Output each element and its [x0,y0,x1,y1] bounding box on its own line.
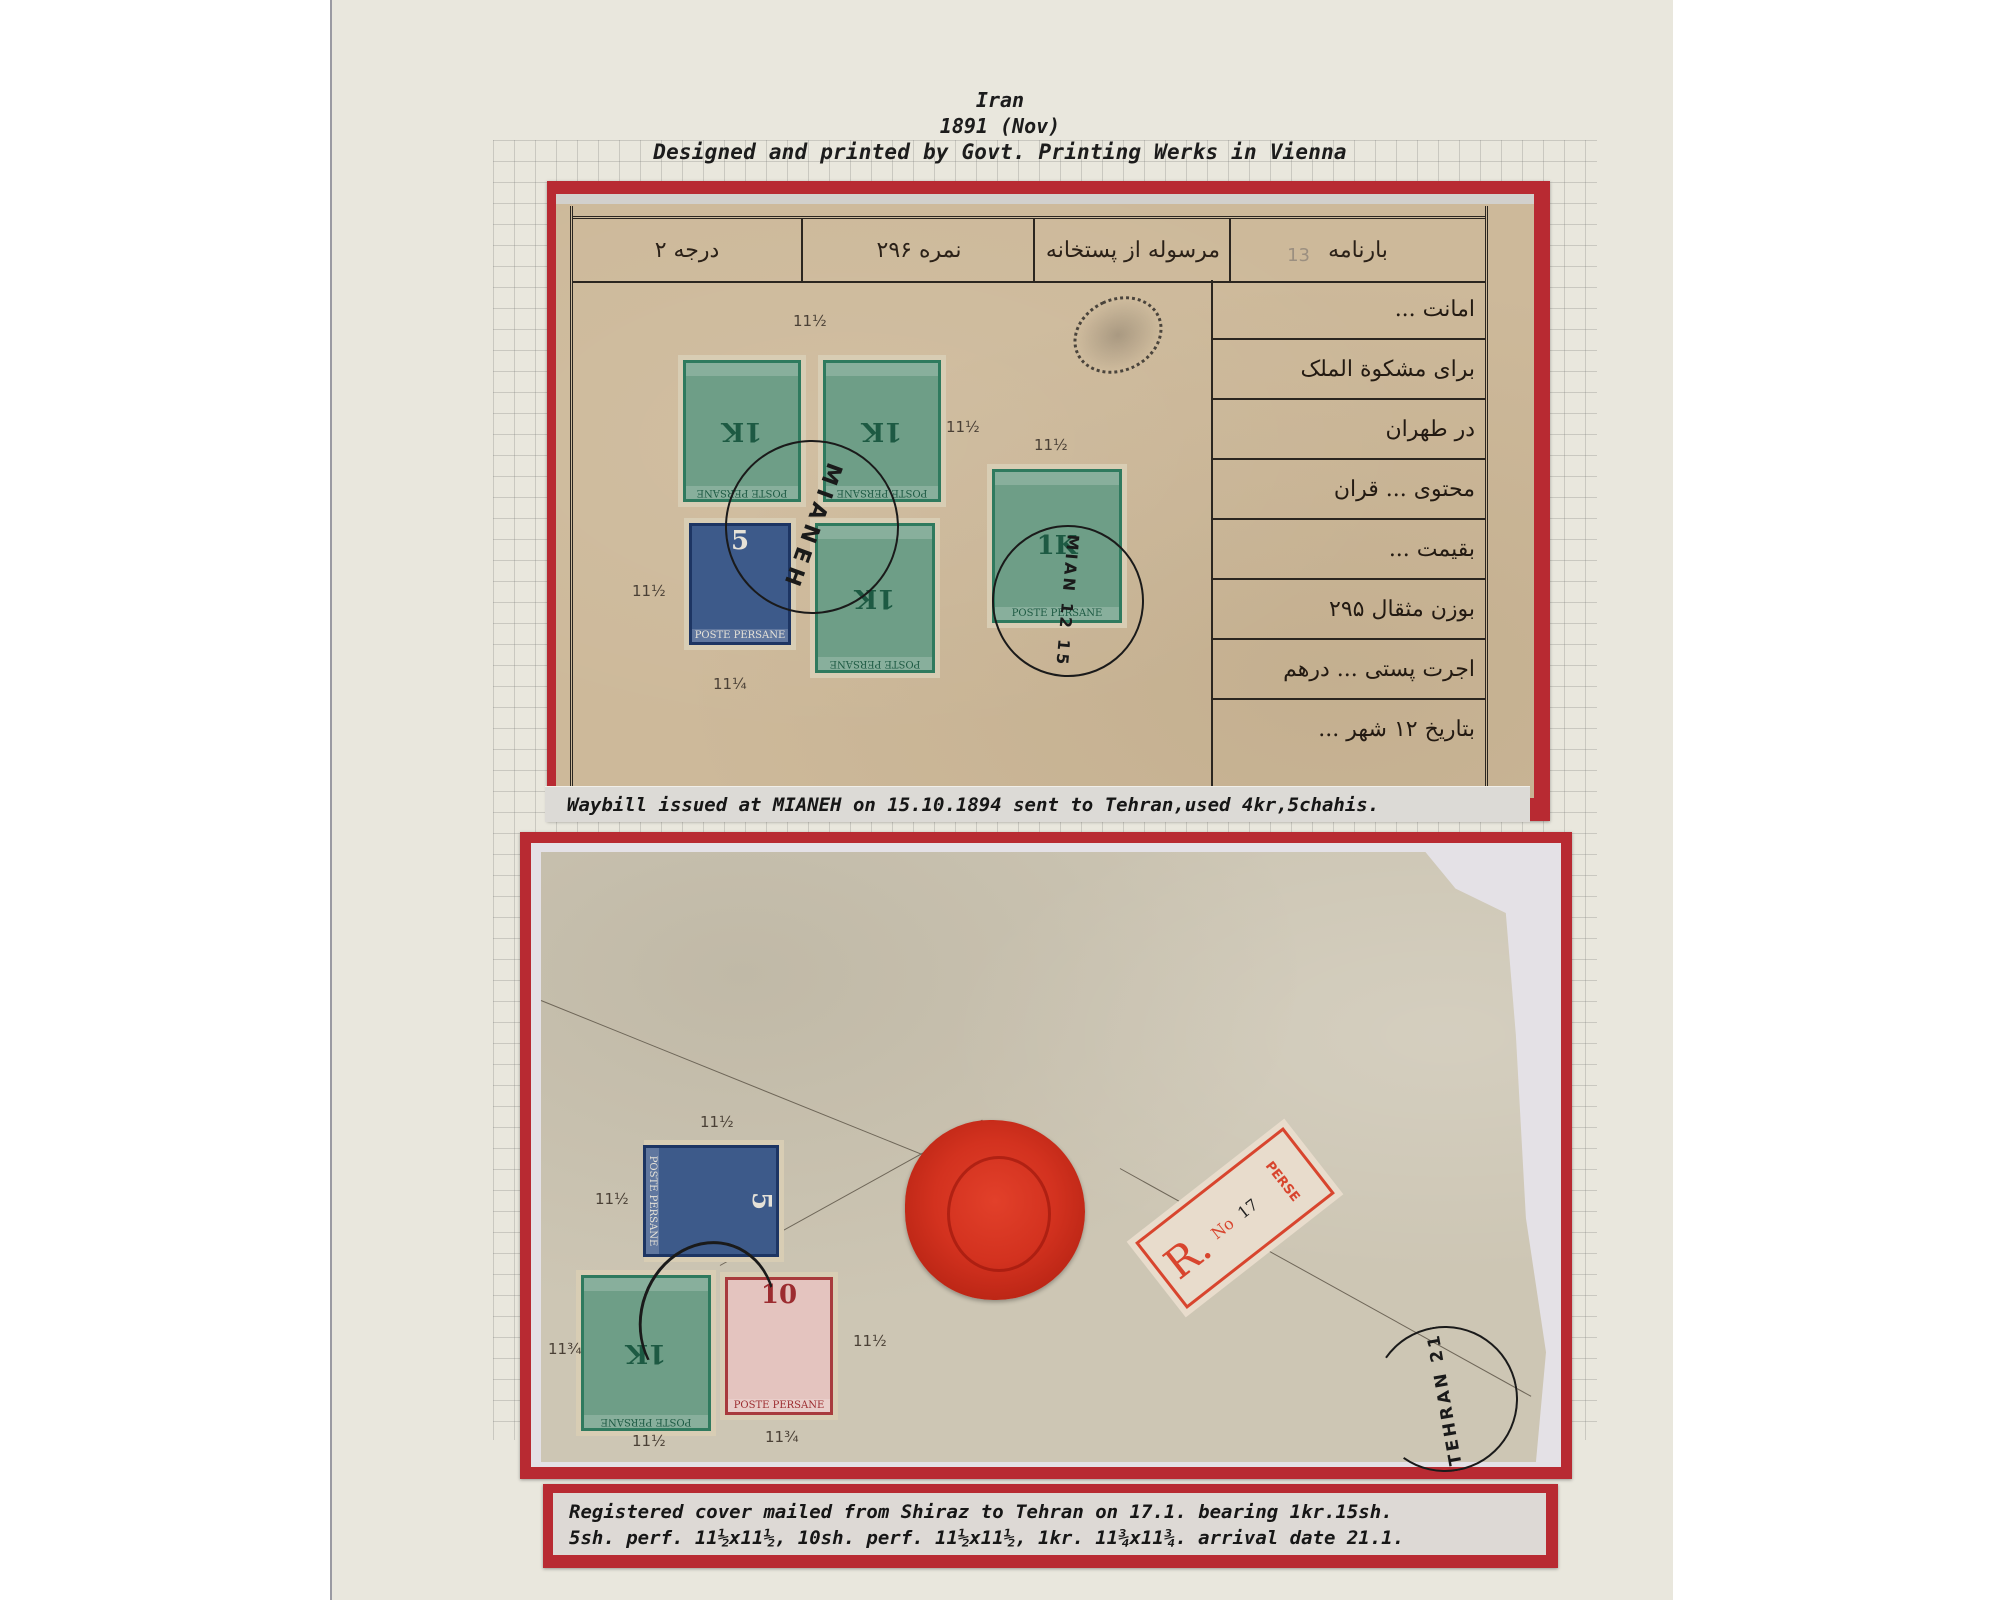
perf-note: 11½ [632,582,666,600]
page-title-country: Iran [0,88,2000,112]
registration-no-prefix: No [1207,1213,1237,1243]
cover-caption-line1: Registered cover mailed from Shiraz to T… [569,1499,1546,1525]
waybill-cell-class: درجه ۲ [573,219,801,281]
pencil-number: 13 [1287,245,1310,266]
waybill-cell-number: نمره ۲۹۶ [801,219,1035,281]
cover-caption-line2: 5sh. perf. 11½x11½, 10sh. perf. 11½x11½,… [569,1525,1546,1551]
waybill-row: امانت ... [1213,280,1485,340]
registration-country: PERSE [1261,1158,1302,1204]
perf-note: 11¾ [548,1340,582,1358]
perf-note: 11½ [1034,436,1068,454]
waybill-row: اجرت پستی ... درهم [1213,640,1485,700]
waybill-row: بتاریخ ۱۲ شهر ... [1213,700,1485,758]
page-title-printer: Designed and printed by Govt. Printing W… [0,140,2000,164]
cover-caption: Registered cover mailed from Shiraz to T… [553,1493,1546,1555]
waybill-row: بوزن مثقال ۲۹۵ [1213,580,1485,640]
perf-note: 11¼ [713,675,747,693]
registration-number: 17 [1234,1195,1262,1223]
waybill-header-row: درجه ۲ نمره ۲۹۶ مرسوله از پستخانه بارنام… [573,216,1485,283]
waybill-row: بقیمت ... [1213,520,1485,580]
perf-note: 11½ [700,1113,734,1131]
perf-note: 11½ [595,1190,629,1208]
perf-note: 11½ [632,1432,666,1450]
waybill-details-table: امانت ... برای مشکوة الملک در طهران محتو… [1211,280,1485,798]
waybill-row: محتوی ... قران [1213,460,1485,520]
perf-note: 11½ [946,418,980,436]
waybill-cell-origin: مرسوله از پستخانه [1033,219,1231,281]
page-title-issue: 1891 (Nov) [0,114,2000,138]
perf-note: 11½ [793,312,827,330]
perf-note: 11¾ [765,1428,799,1446]
waybill-cell-title: بارنامه [1229,219,1485,281]
waybill-caption: Waybill issued at MIANEH on 15.10.1894 s… [545,786,1530,822]
wax-seal-impression [947,1156,1051,1272]
waybill-row: برای مشکوة الملک [1213,340,1485,400]
wax-seal [905,1120,1085,1300]
perf-note: 11½ [853,1332,887,1350]
waybill-row: در طهران [1213,400,1485,460]
